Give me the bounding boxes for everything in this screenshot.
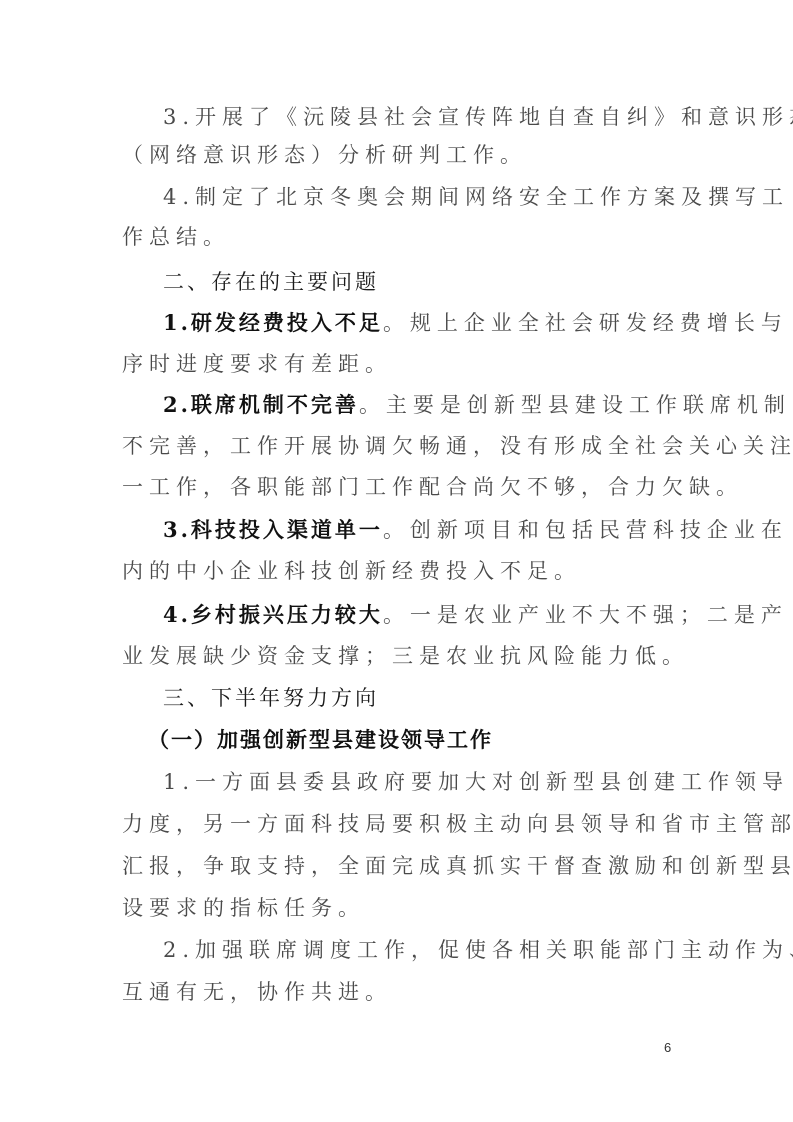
paragraph-item3-line1: 3.开展了《沅陵县社会宣传阵地自查自纠》和意识形态 <box>163 101 723 133</box>
problem-3-label: 3.科技投入渠道单一 <box>163 517 383 542</box>
paragraph-item4-line1: 4.制定了北京冬奥会期间网络安全工作方案及撰写工 <box>163 181 723 213</box>
problem-1-label: 1.研发经费投入不足 <box>163 310 383 335</box>
problem-2-line2: 不完善，工作开展协调欠畅通，没有形成全社会关心关注这 <box>122 430 682 462</box>
problem-1-line1: 1.研发经费投入不足。规上企业全社会研发经费增长与 <box>163 307 723 339</box>
point-1-line2: 力度，另一方面科技局要积极主动向县领导和省市主管部门 <box>122 808 682 840</box>
problem-1-text: 。规上企业全社会研发经费增长与 <box>383 311 788 335</box>
problem-3-line2: 内的中小企业科技创新经费投入不足。 <box>122 555 682 587</box>
problem-2-text: 。主要是创新型县建设工作联席机制 <box>359 393 791 417</box>
section3-sub1-heading: （一）加强创新型县建设领导工作 <box>148 724 708 756</box>
page-number: 6 <box>664 1040 671 1055</box>
point-2-line2: 互通有无，协作共进。 <box>122 976 682 1008</box>
point-1-line4: 设要求的指标任务。 <box>122 892 682 924</box>
paragraph-item4-line2: 作总结。 <box>122 221 682 253</box>
paragraph-item3-line2: （网络意识形态）分析研判工作。 <box>122 139 682 171</box>
point-2-line1: 2.加强联席调度工作，促使各相关职能部门主动作为、 <box>163 934 723 966</box>
point-1-line1: 1.一方面县委县政府要加大对创新型县创建工作领导 <box>163 766 723 798</box>
document-page: 3.开展了《沅陵县社会宣传阵地自查自纠》和意识形态 （网络意识形态）分析研判工作… <box>0 0 793 1122</box>
problem-2-line1: 2.联席机制不完善。主要是创新型县建设工作联席机制 <box>163 389 723 421</box>
problem-2-line3: 一工作，各职能部门工作配合尚欠不够，合力欠缺。 <box>122 471 682 503</box>
problem-3-text: 。创新项目和包括民营科技企业在 <box>383 518 788 542</box>
section2-heading: 二、存在的主要问题 <box>163 266 723 298</box>
section3-heading: 三、下半年努力方向 <box>163 682 723 714</box>
problem-3-line1: 3.科技投入渠道单一。创新项目和包括民营科技企业在 <box>163 514 723 546</box>
problem-4-line1: 4.乡村振兴压力较大。一是农业产业不大不强；二是产 <box>163 599 723 631</box>
point-1-line3: 汇报，争取支持，全面完成真抓实干督查激励和创新型县建 <box>122 850 682 882</box>
problem-1-line2: 序时进度要求有差距。 <box>122 348 682 380</box>
problem-4-label: 4.乡村振兴压力较大 <box>163 602 383 627</box>
problem-2-label: 2.联席机制不完善 <box>163 392 359 417</box>
problem-4-line2: 业发展缺少资金支撑；三是农业抗风险能力低。 <box>122 640 682 672</box>
problem-4-text: 。一是农业产业不大不强；二是产 <box>383 603 788 627</box>
